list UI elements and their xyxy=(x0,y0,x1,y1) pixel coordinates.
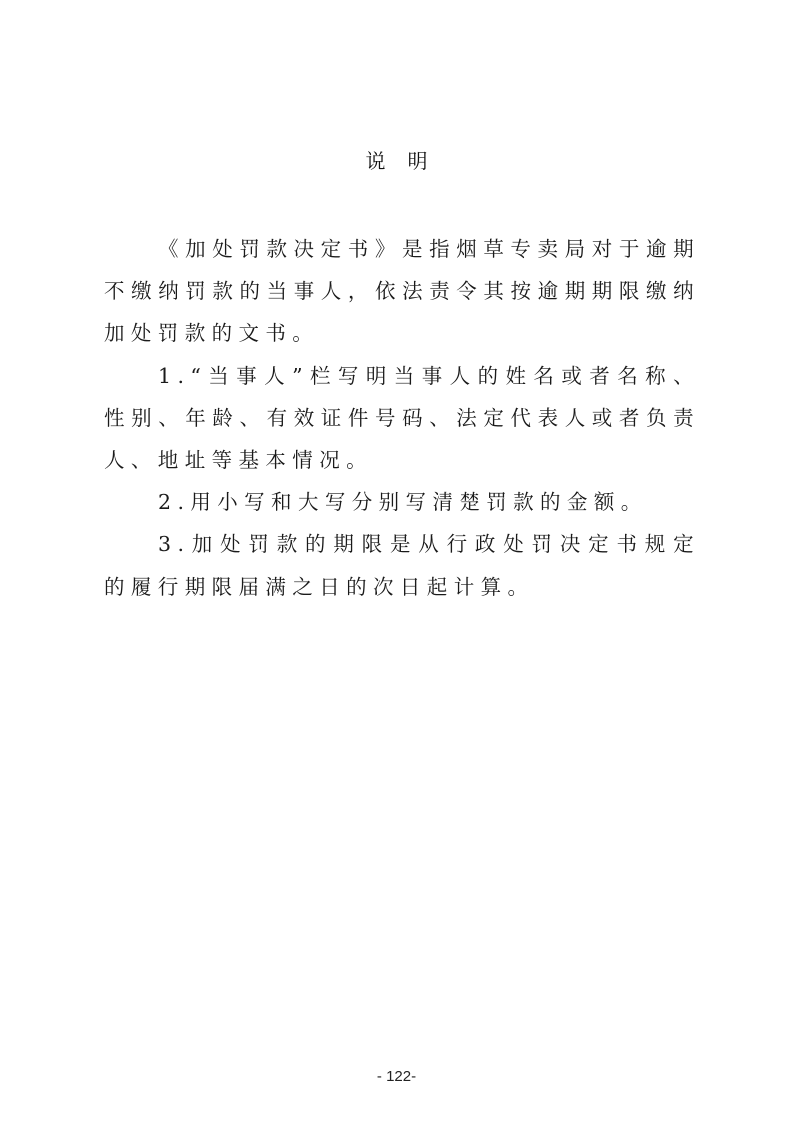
intro-paragraph: 《加处罚款决定书》是指烟草专卖局对于逾期不缴纳罚款的当事人，依法责令其按逾期期限… xyxy=(104,228,700,355)
instruction-item-2: 2.用小写和大写分别写清楚罚款的金额。 xyxy=(104,481,700,523)
page-number: - 122- xyxy=(0,1068,793,1085)
page-title: 说明 xyxy=(0,146,793,176)
body-text: 《加处罚款决定书》是指烟草专卖局对于逾期不缴纳罚款的当事人，依法责令其按逾期期限… xyxy=(104,228,700,608)
instruction-item-3: 3.加处罚款的期限是从行政处罚决定书规定的履行期限届满之日的次日起计算。 xyxy=(104,523,700,607)
instruction-item-1: 1.“当事人”栏写明当事人的姓名或者名称、性别、年龄、有效证件号码、法定代表人或… xyxy=(104,355,700,482)
